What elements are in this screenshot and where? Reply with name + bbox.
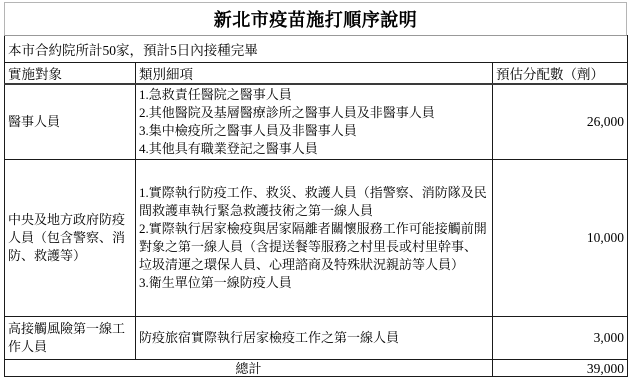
category-government-epidemic-staff: 1.實際執行防疫工作、救災、救護人員（指警察、消防隊及民間救護車執行緊急救護技術… xyxy=(136,160,493,317)
detail-line: 1.實際執行防疫工作、救災、救護人員（指警察、消防隊及民間救護車執行緊急救護技術… xyxy=(139,184,489,220)
header-category: 類別細項 xyxy=(136,63,493,85)
detail-line: 4.其他具有職業登記之醫事人員 xyxy=(139,140,489,158)
page: 新北市疫苗施打順序說明 本市合約院所計50家，預計5日內接種完畢 實施對象 類別… xyxy=(0,0,644,392)
detail-line: 2.其他醫院及基層醫療診所之醫事人員及非醫事人員 xyxy=(139,104,489,122)
subtitle-row: 本市合約院所計50家，預計5日內接種完畢 xyxy=(5,36,628,63)
header-doses: 預估分配數（劑） xyxy=(493,63,628,85)
page-title: 新北市疫苗施打順序說明 xyxy=(4,2,627,35)
category-medical-personnel: 1.急救責任醫院之醫事人員 2.其他醫院及基層醫療診所之醫事人員及非醫事人員 3… xyxy=(136,84,493,160)
table-row-high-contact-risk-workers: 高接觸風險第一線工作人員 防疫旅宿實際執行居家檢疫工作之第一線人員 3,000 xyxy=(5,317,628,360)
target-high-contact-risk-workers: 高接觸風險第一線工作人員 xyxy=(5,317,136,360)
doses-government-epidemic-staff: 10,000 xyxy=(493,160,628,317)
table-header-row: 實施對象 類別細項 預估分配數（劑） xyxy=(5,63,628,85)
vaccine-priority-sheet: 新北市疫苗施打順序說明 本市合約院所計50家，預計5日內接種完畢 實施對象 類別… xyxy=(4,2,627,377)
category-high-contact-risk-workers: 防疫旅宿實際執行居家檢疫工作之第一線人員 xyxy=(136,317,493,360)
doses-high-contact-risk-workers: 3,000 xyxy=(493,317,628,360)
subtitle-text: 本市合約院所計50家，預計5日內接種完畢 xyxy=(5,36,628,63)
doses-medical-personnel: 26,000 xyxy=(493,84,628,160)
total-value: 39,000 xyxy=(493,360,628,377)
target-government-epidemic-staff: 中央及地方政府防疫人員（包含警察、消防、救護等） xyxy=(5,160,136,317)
table-total-row: 總計 39,000 xyxy=(5,360,628,377)
detail-line: 2.實際執行居家檢疫與居家隔離者關懷服務工作可能接觸前開對象之第一線人員（含提送… xyxy=(139,220,489,274)
detail-line: 1.急救責任醫院之醫事人員 xyxy=(139,86,489,104)
table-row-government-epidemic-staff: 中央及地方政府防疫人員（包含警察、消防、救護等） 1.實際執行防疫工作、救災、救… xyxy=(5,160,628,317)
table-row-medical-personnel: 醫事人員 1.急救責任醫院之醫事人員 2.其他醫院及基層醫療診所之醫事人員及非醫… xyxy=(5,84,628,160)
detail-line: 3.衛生單位第一線防疫人員 xyxy=(139,274,489,292)
total-label: 總計 xyxy=(5,360,493,377)
detail-line: 3.集中檢疫所之醫事人員及非醫事人員 xyxy=(139,122,489,140)
detail-line: 防疫旅宿實際執行居家檢疫工作之第一線人員 xyxy=(139,329,489,347)
target-medical-personnel: 醫事人員 xyxy=(5,84,136,160)
vaccine-priority-table: 本市合約院所計50家，預計5日內接種完畢 實施對象 類別細項 預估分配數（劑） … xyxy=(4,35,628,377)
header-target: 實施對象 xyxy=(5,63,136,85)
